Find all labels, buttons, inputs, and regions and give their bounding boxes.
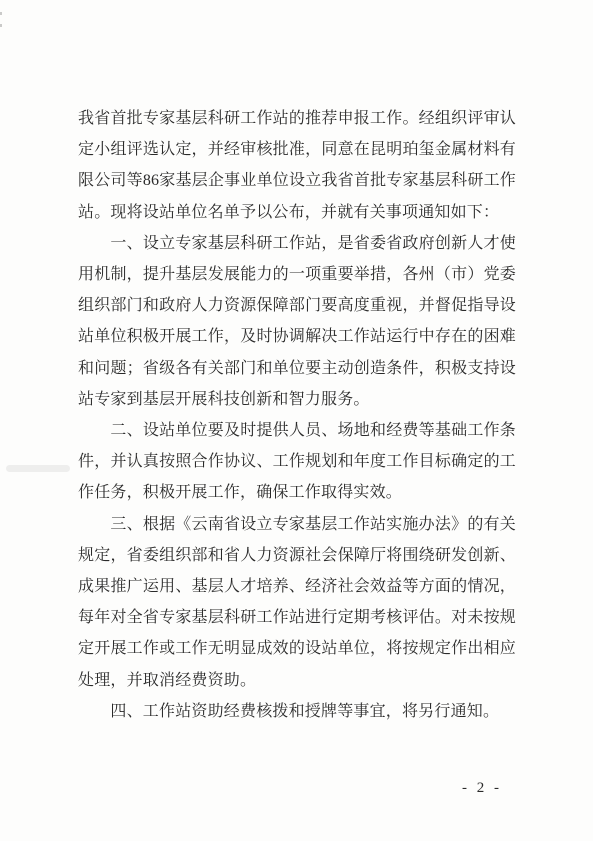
paragraph-item-1: 一、设立专家基层科研工作站，是省委省政府创新人才使用机制，提升基层发展能力的一项… (78, 228, 516, 415)
scan-artifact (0, 12, 2, 15)
document-page: 我省首批专家基层科研工作站的推荐申报工作。经组织评审认定小组评选认定，并经审核批… (0, 0, 593, 841)
paragraph-item-2: 二、设站单位要及时提供人员、场地和经费等基础工作条件，并认真按照合作协议、工作规… (78, 415, 516, 509)
paragraph-continuation: 我省首批专家基层科研工作站的推荐申报工作。经组织评审认定小组评选认定，并经审核批… (78, 103, 516, 228)
paragraph-item-4: 四、工作站资助经费核拨和授牌等事宜，将另行通知。 (78, 696, 516, 727)
paragraph-item-3: 三、根据《云南省设立专家基层工作站实施办法》的有关规定，省委组织部和省人力资源社… (78, 509, 516, 696)
scan-artifact (0, 24, 2, 27)
document-body: 我省首批专家基层科研工作站的推荐申报工作。经组织评审认定小组评选认定，并经审核批… (78, 103, 516, 727)
scan-smudge (6, 465, 70, 472)
page-number: - 2 - (462, 780, 522, 797)
